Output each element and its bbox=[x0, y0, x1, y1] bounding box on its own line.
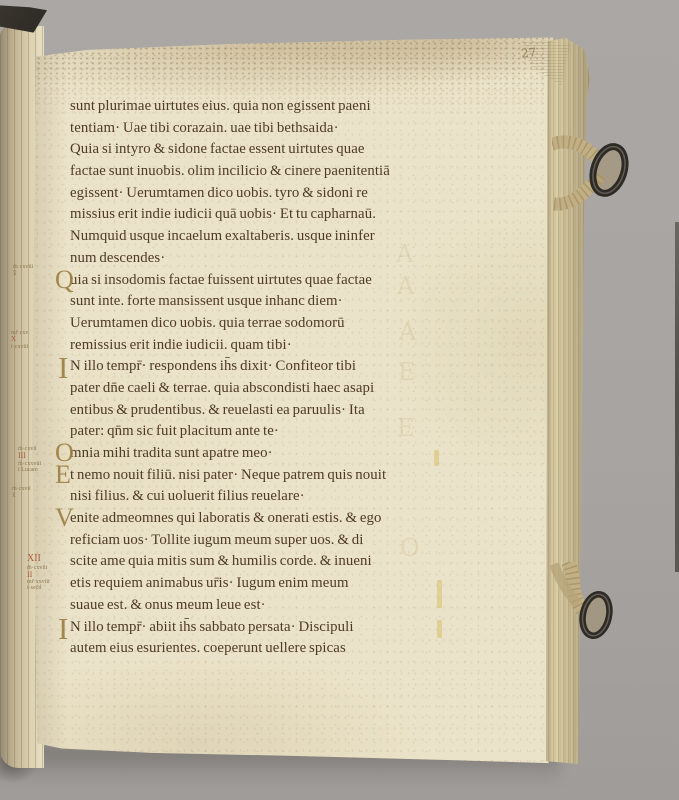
text-line: reficiam uos· Tollite iugum meum super u… bbox=[70, 530, 450, 552]
manuscript-photo: 27 sunt plurimae uirtutes eius. quia non… bbox=[0, 0, 679, 800]
marginalia-text: II bbox=[27, 571, 50, 579]
marginalia-text: ī Lucam bbox=[18, 467, 41, 473]
margin-initial: Q bbox=[55, 267, 74, 293]
text-line: egissent· Uerumtamen dico uobis. tyro & … bbox=[70, 183, 450, 205]
text-line: etis requiem animabus ur̄is· Iugum enim … bbox=[70, 573, 450, 595]
text-block: sunt plurimae uirtutes eius. quia non eg… bbox=[70, 96, 450, 660]
marginalia-text: ī·cxviii bbox=[11, 344, 28, 350]
text-line: IN illo tempr̄· respondens ih̄s dixit· C… bbox=[70, 356, 450, 378]
text-line: factae sunt inuobis. olim incilicio & ci… bbox=[70, 161, 450, 183]
text-line: autem eius esurientes. coeperunt uellere… bbox=[70, 638, 450, 660]
text-line: missius erit indie iudicii quā uobis· Et… bbox=[70, 204, 450, 226]
text-line: Quia si insodomis factae fuissent uirtut… bbox=[70, 270, 450, 292]
text-line: scite ame quia mitis sum & humilis corde… bbox=[70, 551, 450, 573]
marginalia-text: x̄ bbox=[12, 492, 31, 499]
text-line: Venite admeomnes qui laboratis & onerati… bbox=[70, 508, 450, 530]
margin-initial: I bbox=[58, 352, 68, 383]
text-line: Omnia mihi tradita sunt apatre meo· bbox=[70, 443, 450, 465]
margin-initial: E bbox=[55, 462, 71, 488]
text-line: Et nemo nouit filiū. nisi pater· Neque p… bbox=[70, 465, 450, 487]
text-line: pater dn̄e caeli & terrae. quia abscondi… bbox=[70, 378, 450, 400]
text-line: Uerumtamen dico uobis. quia terrae sodom… bbox=[70, 313, 450, 335]
text-line: IN illo tempr̄· abiit ih̄s sabbato persa… bbox=[70, 617, 450, 639]
clasp-top bbox=[552, 128, 640, 230]
text-line: num descendes· bbox=[70, 248, 450, 270]
marginalia-text: ī·sec̄d bbox=[27, 585, 50, 591]
text-line: sunt plurimae uirtutes eius. quia non eg… bbox=[70, 96, 450, 118]
marginalia-cluster: m̄·cxviix̄ bbox=[12, 486, 31, 500]
margin-initial: I bbox=[58, 613, 68, 644]
margin-initial: V bbox=[55, 505, 74, 531]
marginalia-text: X bbox=[11, 336, 28, 343]
text-line: entibus & prudentibus. & reuelasti ea pa… bbox=[70, 400, 450, 422]
text-line: sunt inte. forte mansissent usque inhanc… bbox=[70, 291, 450, 313]
text-line: remissius erit indie iudicii. quam tibi· bbox=[70, 335, 450, 357]
scale-bar-edge bbox=[675, 222, 679, 572]
marginalia-text: III bbox=[18, 452, 41, 460]
marginalia-cluster: mr̄·cxvXī·cxviii bbox=[11, 330, 28, 350]
text-line: nisi filius. & cui uoluerit filius reuel… bbox=[70, 486, 450, 508]
text-line: suaue est. & onus meum leue est· bbox=[70, 595, 450, 617]
marginalia-cluster: XIIm̄·cxviiiIImr̄·xxviiiī·sec̄d bbox=[27, 554, 50, 592]
text-line: tentiam· Uae tibi corazain. uae tibi bet… bbox=[70, 118, 450, 140]
folio-number: 27 bbox=[520, 45, 537, 61]
marginalia-text: XII bbox=[27, 554, 50, 565]
clasp-bottom bbox=[542, 562, 624, 666]
marginalia-cluster: m̄·cxviiix̄ bbox=[13, 264, 33, 278]
marginalia-text: x̄ bbox=[13, 270, 33, 277]
marginalia-cluster: m̄·cxviiIIIm̄·cxxviiiī Lucam bbox=[18, 446, 41, 473]
text-line: Quia si intyro & sidone factae essent ui… bbox=[70, 139, 450, 161]
text-line: pater: qn̄m sic fuit placitum ante te· bbox=[70, 421, 450, 443]
text-line: Numquid usque incaelum exaltaberis. usqu… bbox=[70, 226, 450, 248]
